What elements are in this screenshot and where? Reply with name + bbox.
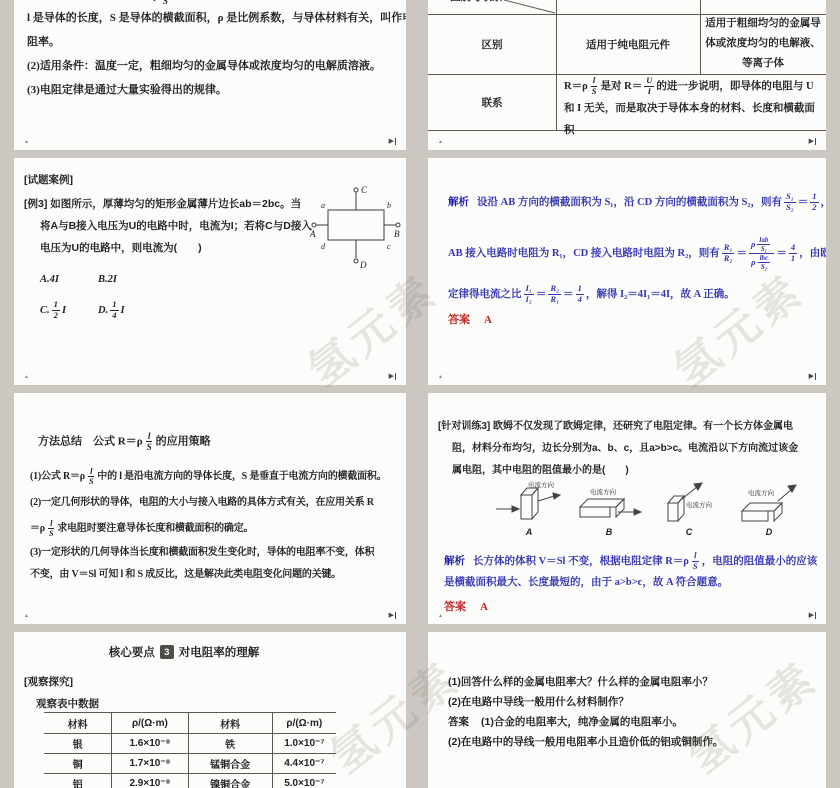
next-slide-icon[interactable]: ▶	[809, 612, 816, 619]
metal-sheet-circuit-diagram: C D A B a b c d	[310, 184, 402, 270]
slide-thumbnail-5[interactable]: 方法总结 公式 R＝ρlS的应用策略 (1)公式 R＝ρlS中的 l 是沿电流方…	[14, 393, 406, 624]
next-slide-icon[interactable]: ▶	[809, 138, 816, 145]
slide5-point2-line1: (2)一定几何形状的导体，电阻的大小与接入电路的具体方式有关，在应用关系 R	[30, 497, 374, 509]
slide-thumbnail-1[interactable]: R＝ρlS l 是导体的长度，S 是导体的横截面积，ρ 是比例系数，与导体材料有…	[14, 0, 406, 150]
svg-text:A: A	[310, 229, 316, 239]
slide7-tag: [观察探究]	[24, 676, 73, 689]
slide-thumbnail-7[interactable]: 核心要点 3 对电阻率的理解 [观察探究] 观察表中数据 材料 ρ/(Ω·m) …	[14, 632, 406, 788]
slide5-title: 方法总结 公式 R＝ρlS的应用策略	[38, 431, 211, 453]
next-slide-icon[interactable]: ▶	[809, 373, 816, 380]
slide1-item2: (2)适用条件：温度一定，粗细均匀的金属导体或浓度均匀的电解质溶液。	[27, 60, 381, 73]
slide5-point2-line2: ＝ρlS求电阻时要注意导体长度和横截面积的确定。	[30, 519, 253, 539]
slide3-question-line3: 电压为U的电路中，则电流为( )	[40, 242, 202, 255]
answer-label: 答案	[448, 314, 470, 326]
prev-slide-icon[interactable]: ▲	[438, 375, 443, 380]
prev-slide-icon[interactable]: ▲	[438, 614, 443, 619]
slide3-option-c: C.12I	[40, 300, 66, 321]
slide3-option-b: B.2I	[98, 274, 117, 287]
cuboid-option-d: 电流方向 D	[734, 481, 804, 537]
prev-slide-icon[interactable]: ▲	[24, 614, 29, 619]
slide8-answer2: (2)在电路中的导线一般用电阻率小且造价低的铝或铜制作。	[448, 736, 723, 749]
slide-thumbnail-2[interactable]: 区别与联系 区别 适用于纯电阻元件 适用于粗细均匀的金属导体或浓度均匀的电解液、…	[428, 0, 826, 150]
prev-slide-icon[interactable]: ▲	[24, 140, 29, 145]
svg-text:d: d	[321, 242, 326, 251]
slide4-analysis-line1: 解析设沿 AB 方向的横截面积为 S₁，沿 CD 方向的横截面积为 S₂，则有S…	[448, 192, 826, 213]
svg-text:电流方向: 电流方向	[590, 487, 617, 496]
next-slide-icon[interactable]: ▶	[389, 373, 396, 380]
slide7-header: 核心要点 3 对电阻率的理解	[14, 644, 354, 660]
svg-text:电流方向: 电流方向	[528, 481, 555, 489]
slide5-point3-line2: 不变，由 V＝Sl 可知 l 和 S 成反比，这是解决此类电阻变化问题的关键。	[30, 569, 341, 581]
slide4-analysis-line2: AB 接入电路时电阻为 R₁，CD 接入电路时电阻为 R₂，则有R₁R₂＝ρla…	[448, 236, 826, 271]
cuboid-options-row: 电流方向 A 电流方向 B	[494, 481, 804, 537]
table-rule-vertical	[700, 0, 701, 74]
table-row: 银 1.6×10⁻⁸ 铁 1.0×10⁻⁷	[44, 734, 336, 754]
slide6-question-line1: [针对训练3] 欧姆不仅发现了欧姆定律，还研究了电阻定律。有一个长方体金属电	[438, 421, 793, 433]
svg-text:C: C	[361, 185, 368, 195]
answer-label: 答案	[444, 601, 466, 613]
table-cell-relation-text: R＝ρlS是对 R＝UI的进一步说明，即导体的电阻与 U 和 I 无关，而是取决…	[564, 76, 820, 142]
slide4-answer: 答案A	[448, 314, 492, 327]
slide1-line1: l 是导体的长度，S 是导体的横截面积，ρ 是比例系数，与导体材料有关，叫作电	[27, 12, 406, 25]
slide3-tag: [试题案例]	[24, 174, 73, 187]
slide1-line2: 阻率。	[27, 36, 60, 49]
table-cell-distinction-label: 区别	[428, 14, 556, 74]
table-row: 铝 2.9×10⁻⁸ 镍铜合金 5.0×10⁻⁷	[44, 774, 336, 788]
table-cell-pure-resistor: 适用于纯电阻元件	[556, 14, 700, 74]
slide1-partial-formula: R＝ρlS	[134, 0, 172, 7]
slide6-question-line2: 阻，材料分布均匀，边长分别为a、b、c，且a>b>c。电流沿以下方向流过该金	[452, 443, 798, 455]
next-slide-icon[interactable]: ▶	[389, 612, 396, 619]
slide7-subtitle: 观察表中数据	[36, 698, 99, 711]
slide5-point1: (1)公式 R＝ρlS中的 l 是沿电流方向的导体长度，S 是垂直于电流方向的横…	[30, 467, 387, 487]
svg-text:B: B	[394, 229, 400, 239]
slide-thumbnail-4[interactable]: 解析设沿 AB 方向的横截面积为 S₁，沿 CD 方向的横截面积为 S₂，则有S…	[428, 158, 826, 385]
analysis-label: 解析	[444, 556, 465, 567]
slide8-answer1: 答案(1)合金的电阻率大，纯净金属的电阻率小。	[448, 716, 683, 729]
table-diagonal-line	[428, 0, 558, 14]
svg-text:电流方向: 电流方向	[686, 500, 713, 509]
slide-thumbnail-3[interactable]: [试题案例] [例3] 如图所示，厚薄均匀的矩形金属薄片边长ab＝2bc。当 将…	[14, 158, 406, 385]
slide5-point3-line1: (3)一定形状的几何导体当长度和横截面积发生变化时，导体的电阻率不变，体积	[30, 547, 374, 559]
slide6-analysis-line2: 是横截面积最大、长度最短的，由于 a>b>c，故 A 符合题意。	[444, 577, 728, 590]
cuboid-option-b: 电流方向 B	[574, 481, 644, 537]
svg-text:a: a	[321, 201, 325, 210]
slide1-item3: (3)电阻定律是通过大量实验得出的规律。	[27, 84, 227, 97]
slide-thumbnail-8[interactable]: (1)回答什么样的金属电阻率大？什么样的金属电阻率小？ (2)在电路中导线一般用…	[428, 632, 826, 788]
next-slide-icon[interactable]: ▶	[389, 138, 396, 145]
slide6-question-line3: 属电阻，其中电阻的阻值最小的是( )	[452, 465, 629, 477]
slide6-answer: 答案A	[444, 601, 488, 614]
svg-text:b: b	[387, 201, 391, 210]
resistivity-table: 材料 ρ/(Ω·m) 材料 ρ/(Ω·m) 银 1.6×10⁻⁸ 铁 1.0×1…	[44, 712, 336, 788]
slide3-option-a: A.4I	[40, 274, 59, 287]
analysis-label: 解析	[448, 197, 469, 208]
cuboid-option-a: 电流方向 A	[494, 481, 564, 537]
slide6-analysis-line1: 解析长方体的体积 V＝Sl 不变，根据电阻定律 R＝ρlS，电阻的阻值最小的应该	[444, 551, 817, 572]
table-cell-uniform-conductor: 适用于粗细均匀的金属导体或浓度均匀的电解液、等离子体	[702, 14, 824, 74]
svg-text:c: c	[387, 242, 391, 251]
slide8-question1: (1)回答什么样的金属电阻率大？什么样的金属电阻率小？	[448, 676, 713, 689]
slide-thumbnail-6[interactable]: [针对训练3] 欧姆不仅发现了欧姆定律，还研究了电阻定律。有一个长方体金属电 阻…	[428, 393, 826, 624]
table-header-row: 材料 ρ/(Ω·m) 材料 ρ/(Ω·m)	[44, 713, 336, 734]
slide3-question-line2: 将A与B接入电压为U的电路中时，电流为I；若将C与D接入	[40, 220, 312, 233]
prev-slide-icon[interactable]: ▲	[438, 140, 443, 145]
table-row: 铜 1.7×10⁻⁸ 锰铜合金 4.4×10⁻⁷	[44, 754, 336, 774]
slide3-question-line1: [例3] 如图所示，厚薄均匀的矩形金属薄片边长ab＝2bc。当	[24, 198, 301, 211]
slide3-option-d: D.14I	[98, 300, 125, 321]
answer-label: 答案	[448, 716, 469, 728]
svg-text:电流方向: 电流方向	[748, 488, 775, 497]
prev-slide-icon[interactable]: ▲	[24, 375, 29, 380]
slide4-analysis-line3: 定律得电流之比I₁I₂＝R₂R₁＝14，解得 I₂＝4I₁＝4I，故 A 正确。	[448, 284, 735, 305]
slide8-question2: (2)在电路中导线一般用什么材料制作？	[448, 696, 629, 709]
svg-text:D: D	[359, 260, 367, 270]
table-cell-relation-label: 联系	[428, 74, 556, 130]
section-number-badge: 3	[160, 645, 174, 659]
cuboid-option-c: 电流方向 C	[654, 481, 724, 537]
